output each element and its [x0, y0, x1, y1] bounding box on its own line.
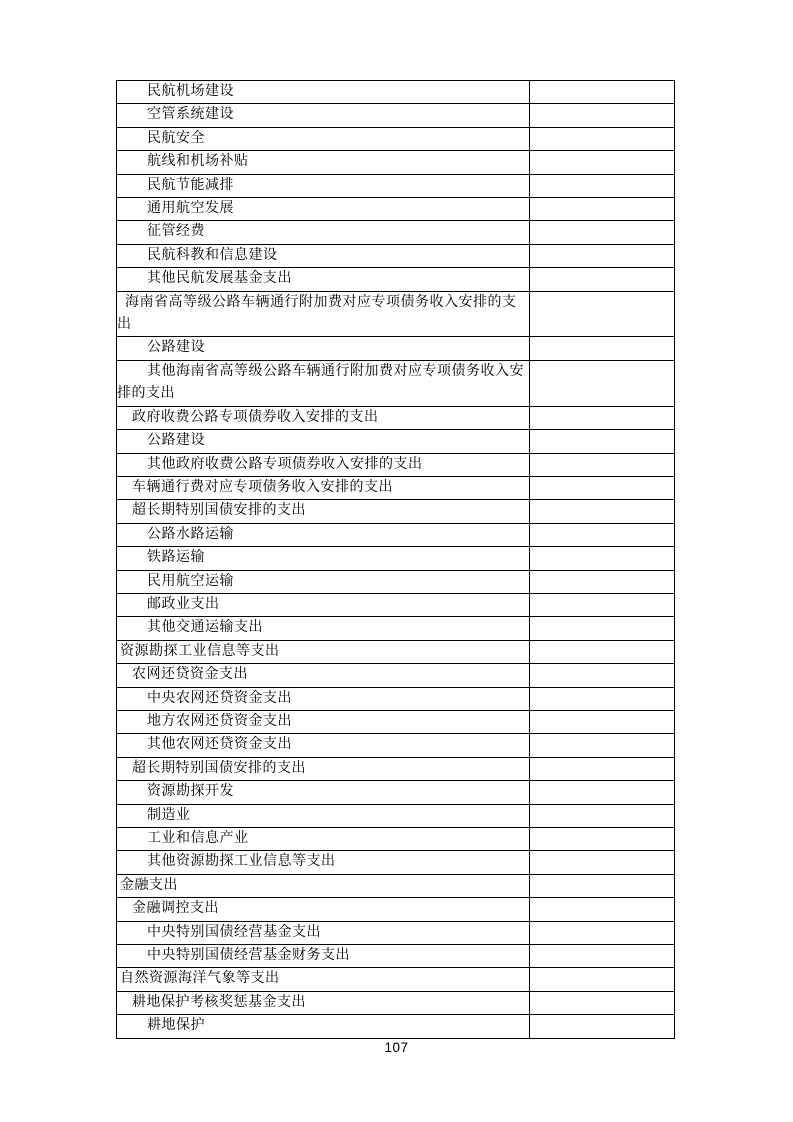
value-cell	[530, 781, 675, 804]
item-label-cell: 民航节能减排	[117, 174, 530, 197]
item-label-cell: 其他政府收费公路专项债券收入安排的支出	[117, 453, 530, 476]
table-row: 民用航空运输	[117, 570, 675, 593]
item-label-cell: 其他交通运输支出	[117, 617, 530, 640]
table-row: 航线和机场补贴	[117, 151, 675, 174]
value-cell	[530, 734, 675, 757]
value-cell	[530, 945, 675, 968]
item-label-cell: 通用航空发展	[117, 198, 530, 221]
item-label-cell: 空管系统建设	[117, 104, 530, 127]
item-label-cell: 民航机场建设	[117, 81, 530, 104]
value-cell	[530, 851, 675, 874]
value-cell	[530, 244, 675, 267]
item-label-cell: 公路水路运输	[117, 523, 530, 546]
table-row: 公路建设	[117, 430, 675, 453]
item-label-cell: 金融调控支出	[117, 898, 530, 921]
item-label-cell: 民航安全	[117, 127, 530, 150]
table-row: 铁路运输	[117, 547, 675, 570]
item-label-cell: 其他资源勘探工业信息等支出	[117, 851, 530, 874]
item-label-cell: 中央特别国债经营基金财务支出	[117, 945, 530, 968]
table-row: 制造业	[117, 804, 675, 827]
table-row: 中央农网还贷资金支出	[117, 687, 675, 710]
table-row: 车辆通行费对应专项债务收入安排的支出	[117, 476, 675, 499]
value-cell	[530, 1015, 675, 1038]
table-row: 其他交通运输支出	[117, 617, 675, 640]
value-cell	[530, 81, 675, 104]
table-row: 金融调控支出	[117, 898, 675, 921]
table-row: 资源勘探工业信息等支出	[117, 640, 675, 663]
table-row: 空管系统建设	[117, 104, 675, 127]
item-label-cell: 地方农网还贷资金支出	[117, 710, 530, 733]
value-cell	[530, 757, 675, 780]
value-cell	[530, 337, 675, 360]
value-cell	[530, 151, 675, 174]
value-cell	[530, 804, 675, 827]
table-row: 超长期特别国债安排的支出	[117, 500, 675, 523]
item-label-cell: 自然资源海洋气象等支出	[117, 968, 530, 991]
value-cell	[530, 221, 675, 244]
value-cell	[530, 710, 675, 733]
value-cell	[530, 360, 675, 406]
table-row: 民航节能减排	[117, 174, 675, 197]
table-row: 政府收费公路专项债券收入安排的支出	[117, 406, 675, 429]
page-number: 107	[0, 1040, 793, 1055]
table-row: 其他农网还贷资金支出	[117, 734, 675, 757]
item-label-cell: 政府收费公路专项债券收入安排的支出	[117, 406, 530, 429]
item-label-cell: 中央农网还贷资金支出	[117, 687, 530, 710]
value-cell	[530, 898, 675, 921]
table-row: 自然资源海洋气象等支出	[117, 968, 675, 991]
value-cell	[530, 198, 675, 221]
value-cell	[530, 174, 675, 197]
table-row: 民航安全	[117, 127, 675, 150]
item-label-cell: 中央特别国债经营基金支出	[117, 921, 530, 944]
item-label-cell: 金融支出	[117, 874, 530, 897]
value-cell	[530, 127, 675, 150]
table-row: 超长期特别国债安排的支出	[117, 757, 675, 780]
value-cell	[530, 874, 675, 897]
document-page: 民航机场建设空管系统建设民航安全航线和机场补贴民航节能减排通用航空发展征管经费民…	[0, 0, 793, 1122]
item-label-cell: 其他海南省高等级公路车辆通行附加费对应专项债务收入安排的支出	[117, 360, 530, 406]
table-row: 资源勘探开发	[117, 781, 675, 804]
value-cell	[530, 828, 675, 851]
table-row: 征管经费	[117, 221, 675, 244]
table-row: 公路建设	[117, 337, 675, 360]
item-label-cell: 制造业	[117, 804, 530, 827]
item-label-cell: 超长期特别国债安排的支出	[117, 500, 530, 523]
item-label-cell: 民用航空运输	[117, 570, 530, 593]
table-row: 民航机场建设	[117, 81, 675, 104]
table-row: 工业和信息产业	[117, 828, 675, 851]
item-label-cell: 其他民航发展基金支出	[117, 268, 530, 291]
budget-table: 民航机场建设空管系统建设民航安全航线和机场补贴民航节能减排通用航空发展征管经费民…	[116, 80, 675, 1039]
table-row: 其他政府收费公路专项债券收入安排的支出	[117, 453, 675, 476]
value-cell	[530, 921, 675, 944]
item-label-cell: 资源勘探开发	[117, 781, 530, 804]
item-label-cell: 公路建设	[117, 430, 530, 453]
item-label-cell: 工业和信息产业	[117, 828, 530, 851]
item-label-cell: 航线和机场补贴	[117, 151, 530, 174]
table-row: 其他海南省高等级公路车辆通行附加费对应专项债务收入安排的支出	[117, 360, 675, 406]
table-row: 海南省高等级公路车辆通行附加费对应专项债务收入安排的支出	[117, 291, 675, 337]
item-label-cell: 征管经费	[117, 221, 530, 244]
value-cell	[530, 104, 675, 127]
table-row: 通用航空发展	[117, 198, 675, 221]
value-cell	[530, 523, 675, 546]
value-cell	[530, 617, 675, 640]
item-label-cell: 资源勘探工业信息等支出	[117, 640, 530, 663]
value-cell	[530, 476, 675, 499]
item-label-cell: 公路建设	[117, 337, 530, 360]
value-cell	[530, 570, 675, 593]
item-label-cell: 铁路运输	[117, 547, 530, 570]
table-row: 中央特别国债经营基金财务支出	[117, 945, 675, 968]
item-label-cell: 海南省高等级公路车辆通行附加费对应专项债务收入安排的支出	[117, 291, 530, 337]
table-row: 民航科教和信息建设	[117, 244, 675, 267]
value-cell	[530, 453, 675, 476]
table-row: 金融支出	[117, 874, 675, 897]
table-row: 其他民航发展基金支出	[117, 268, 675, 291]
value-cell	[530, 593, 675, 616]
item-label-cell: 农网还贷资金支出	[117, 664, 530, 687]
value-cell	[530, 500, 675, 523]
value-cell	[530, 268, 675, 291]
value-cell	[530, 991, 675, 1014]
item-label-cell: 民航科教和信息建设	[117, 244, 530, 267]
item-label-cell: 邮政业支出	[117, 593, 530, 616]
item-label-cell: 其他农网还贷资金支出	[117, 734, 530, 757]
value-cell	[530, 687, 675, 710]
table-row: 中央特别国债经营基金支出	[117, 921, 675, 944]
value-cell	[530, 547, 675, 570]
value-cell	[530, 430, 675, 453]
table-row: 地方农网还贷资金支出	[117, 710, 675, 733]
table-row: 公路水路运输	[117, 523, 675, 546]
table-row: 农网还贷资金支出	[117, 664, 675, 687]
table-row: 邮政业支出	[117, 593, 675, 616]
item-label-cell: 耕地保护	[117, 1015, 530, 1038]
budget-table-body: 民航机场建设空管系统建设民航安全航线和机场补贴民航节能减排通用航空发展征管经费民…	[117, 81, 675, 1039]
value-cell	[530, 406, 675, 429]
item-label-cell: 超长期特别国债安排的支出	[117, 757, 530, 780]
value-cell	[530, 640, 675, 663]
value-cell	[530, 664, 675, 687]
item-label-cell: 车辆通行费对应专项债务收入安排的支出	[117, 476, 530, 499]
table-row: 耕地保护	[117, 1015, 675, 1038]
table-row: 耕地保护考核奖惩基金支出	[117, 991, 675, 1014]
table-row: 其他资源勘探工业信息等支出	[117, 851, 675, 874]
value-cell	[530, 291, 675, 337]
value-cell	[530, 968, 675, 991]
item-label-cell: 耕地保护考核奖惩基金支出	[117, 991, 530, 1014]
